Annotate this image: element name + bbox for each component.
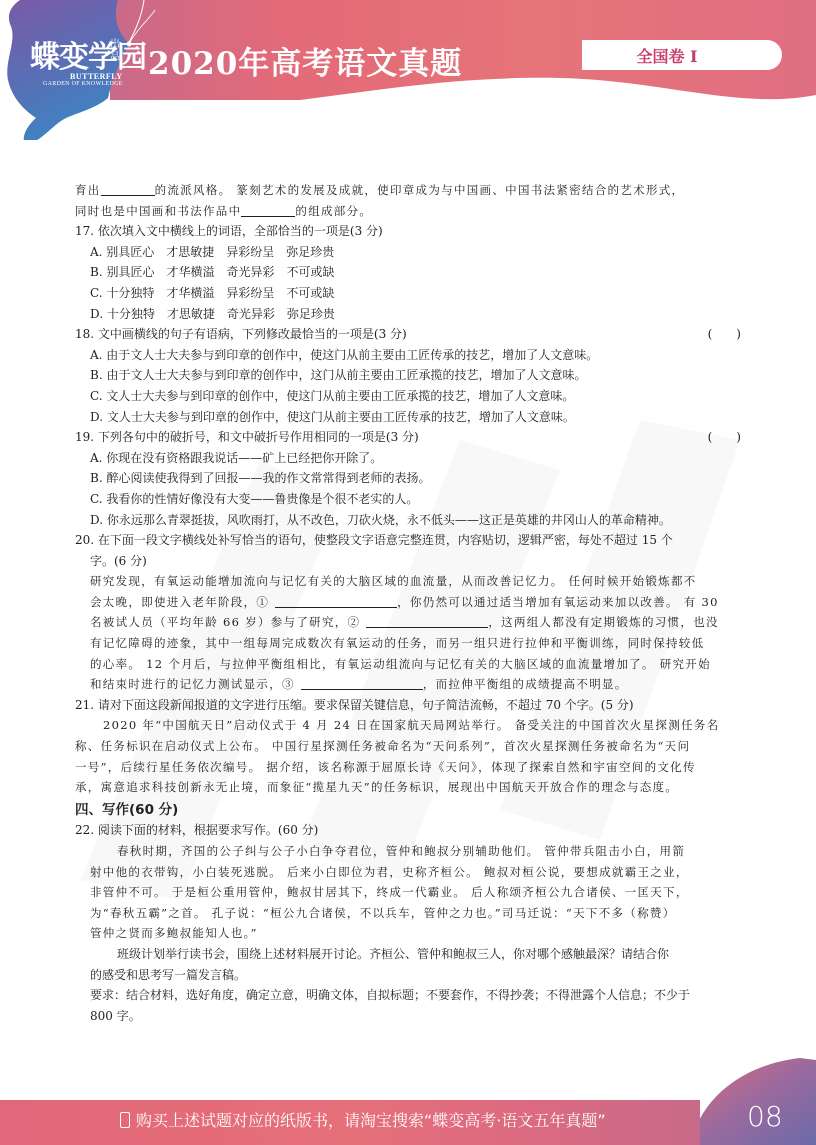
- q18-option-b: B. 由于文人士大夫参与到印章的创作中，这门从前主要由工匠承揽的技艺，增加了人文…: [75, 365, 747, 386]
- q19-option-b: B. 醉心阅读使我得到了回报——我的作文常常得到老师的表扬。: [75, 468, 747, 489]
- brand-en-name: BUTTERFLY: [70, 72, 123, 81]
- answer-blank-2[interactable]: [366, 614, 488, 628]
- phone-icon: [120, 1112, 130, 1128]
- q20-passage-line: 的心率。 12 个月后，与拉伸平衡组相比，有氧运动组流向与记忆有关的大脑区域的血…: [75, 654, 747, 675]
- q18-option-d: D. 文人士大夫参与到印章的创作中，使这门从前主要由工匠传承的技艺，增加了人文意…: [75, 407, 747, 428]
- blank-1: [101, 182, 155, 196]
- exam-content: 育出的流派风格。 篆刻艺术的发展及成就，使印章成为与中国画、中国书法紧密结合的艺…: [75, 180, 747, 1026]
- q22-task-line: 的感受和思考写一篇发言稿。: [75, 965, 747, 986]
- q22-material-line: 春秋时期，齐国的公子纠与公子小白争夺君位，管仲和鲍叔分别辅助他们。 管仲带兵阻击…: [75, 841, 747, 862]
- passage-tail-line-1: 育出的流派风格。 篆刻艺术的发展及成就，使印章成为与中国画、中国书法紧密结合的艺…: [75, 180, 747, 201]
- q20-passage-line: 研究发现，有氧运动能增加流向与记忆有关的大脑区域的血流量，从而改善记忆力。 任何…: [75, 571, 747, 592]
- footer-promo: 购买上述试题对应的纸版书，请淘宝搜索“蝶变高考·语文五年真题”: [120, 1108, 606, 1131]
- q22-task-line: 班级计划举行读书会，围绕上述材料展开讨论。齐桓公、管仲和鲍叔三人，你对哪个感触最…: [75, 944, 747, 965]
- passage-tail-line-2: 同时也是中国画和书法作品中的组成部分。: [75, 201, 747, 222]
- q22-material-line: 射中他的衣带钩，小白装死逃脱。 后来小白即位为君，史称齐桓公。 鲍叔对桓公说，要…: [75, 862, 747, 883]
- q20-passage-line: 有记忆障碍的迹象，其中一组每周完成数次有氧运动的任务，而另一组只进行拉伸和平衡训…: [75, 633, 747, 654]
- brand-mark: 出品: [110, 38, 122, 64]
- q17-option-d: D. 十分独特 才思敏捷 奇光异彩 弥足珍贵: [75, 304, 747, 325]
- question-22-stem: 22. 阅读下面的材料，根据要求写作。(60 分): [75, 820, 747, 841]
- q17-option-c: C. 十分独特 才华横溢 异彩纷呈 不可或缺: [75, 283, 747, 304]
- q20-passage-line: 会太晚，即使进入老年阶段，①，你仍然可以通过适当增加有氧运动来加以改善。 有 3…: [75, 592, 747, 613]
- q21-news-line: 2020 年“中国航天日”启动仪式于 4 月 24 日在国家航天局网站举行。 备…: [75, 715, 747, 736]
- page-title: 2020年高考语文真题: [148, 38, 462, 83]
- q22-requirements-cont: 800 字。: [75, 1006, 747, 1027]
- answer-blank-1[interactable]: [275, 594, 397, 608]
- question-17-stem: 17. 依次填入文中横线上的词语，全部恰当的一项是(3 分): [75, 221, 747, 242]
- q22-material-line: 管仲之贤而多鲍叔能知人也。”: [75, 923, 747, 944]
- question-21-stem: 21. 请对下面这段新闻报道的文字进行压缩。要求保留关键信息，句子简洁流畅，不超…: [75, 695, 747, 716]
- q17-option-a: A. 别具匠心 才思敏捷 异彩纷呈 弥足珍贵: [75, 242, 747, 263]
- question-20-stem: 20. 在下面一段文字横线处补写恰当的语句，使整段文字语意完整连贯，内容贴切，逻…: [75, 530, 747, 551]
- brand-logo: 蝶变学园: [30, 32, 146, 76]
- q22-material-line: 非管仲不可。 于是桓公重用管仲，鲍叔甘居其下，终成一代霸业。 后人称颂齐桓公九合…: [75, 882, 747, 903]
- q21-news-line: 承，寓意追求科技创新永无止境，而象征“揽星九天”的任务标识，展现出中国航天开放合…: [75, 777, 747, 798]
- q19-option-d: D. 你永远那么青翠挺拔，风吹雨打，从不改色，刀砍火烧，永不低头——这正是英雄的…: [75, 510, 747, 531]
- answer-blank-3[interactable]: [301, 676, 423, 690]
- q22-requirements: 要求：结合材料，选好角度，确定立意，明确文体，自拟标题；不要套作，不得抄袭；不得…: [75, 985, 747, 1006]
- brand-en-tagline: GARDEN OF KNOWLEDGE: [43, 81, 123, 87]
- answer-paren: ( ): [708, 427, 741, 448]
- page-number: 08: [747, 1100, 783, 1133]
- q20-passage-line: 名被试人员（平均年龄 66 岁）参与了研究，②，这两组人都没有定期锻炼的习惯，也…: [75, 612, 747, 633]
- q18-option-c: C. 文人士大夫参与到印章的创作中，使这门从前主要由工匠承揽的技艺，增加了人文意…: [75, 386, 747, 407]
- question-18-stem: 18. 文中画横线的句子有语病，下列修改最恰当的一项是(3 分) ( ): [75, 324, 747, 345]
- q19-option-c: C. 我看你的性情好像没有大变——鲁贵像是个很不老实的人。: [75, 489, 747, 510]
- q17-option-b: B. 别具匠心 才华横溢 奇光异彩 不可或缺: [75, 262, 747, 283]
- question-19-stem: 19. 下列各句中的破折号，和文中破折号作用相同的一项是(3 分) ( ): [75, 427, 747, 448]
- page-footer: 购买上述试题对应的纸版书，请淘宝搜索“蝶变高考·语文五年真题” 08: [0, 1040, 816, 1145]
- section-heading-writing: 四、写作(60 分): [75, 800, 747, 821]
- q18-option-a: A. 由于文人士大夫参与到印章的创作中，使这门从前主要由工匠传承的技艺，增加了人…: [75, 345, 747, 366]
- q19-option-a: A. 你现在没有资格跟我说话——矿上已经把你开除了。: [75, 448, 747, 469]
- q21-news-line: 称、任务标识在启动仪式上公布。 中国行星探测任务被命名为“天问系列”，首次火星探…: [75, 736, 747, 757]
- blank-2: [241, 203, 295, 217]
- q21-news-line: 一号”，后续行星任务依次编号。 据介绍，该名称源于屈原长诗《天问》，体现了探索自…: [75, 757, 747, 778]
- q22-material-line: 为“春秋五霸”之首。 孔子说：“桓公九合诸侯，不以兵车，管仲之力也。”司马迁说：…: [75, 903, 747, 924]
- q20-passage-line: 和结束时进行的记忆力测试显示，③，而拉伸平衡组的成绩提高不明显。: [75, 674, 747, 695]
- question-20-stem-cont: 字。(6 分): [75, 551, 747, 572]
- answer-paren: ( ): [708, 324, 741, 345]
- page-header: 蝶变学园 出品 BUTTERFLY GARDEN OF KNOWLEDGE 20…: [0, 0, 816, 140]
- paper-badge: 全国卷 I: [582, 40, 782, 70]
